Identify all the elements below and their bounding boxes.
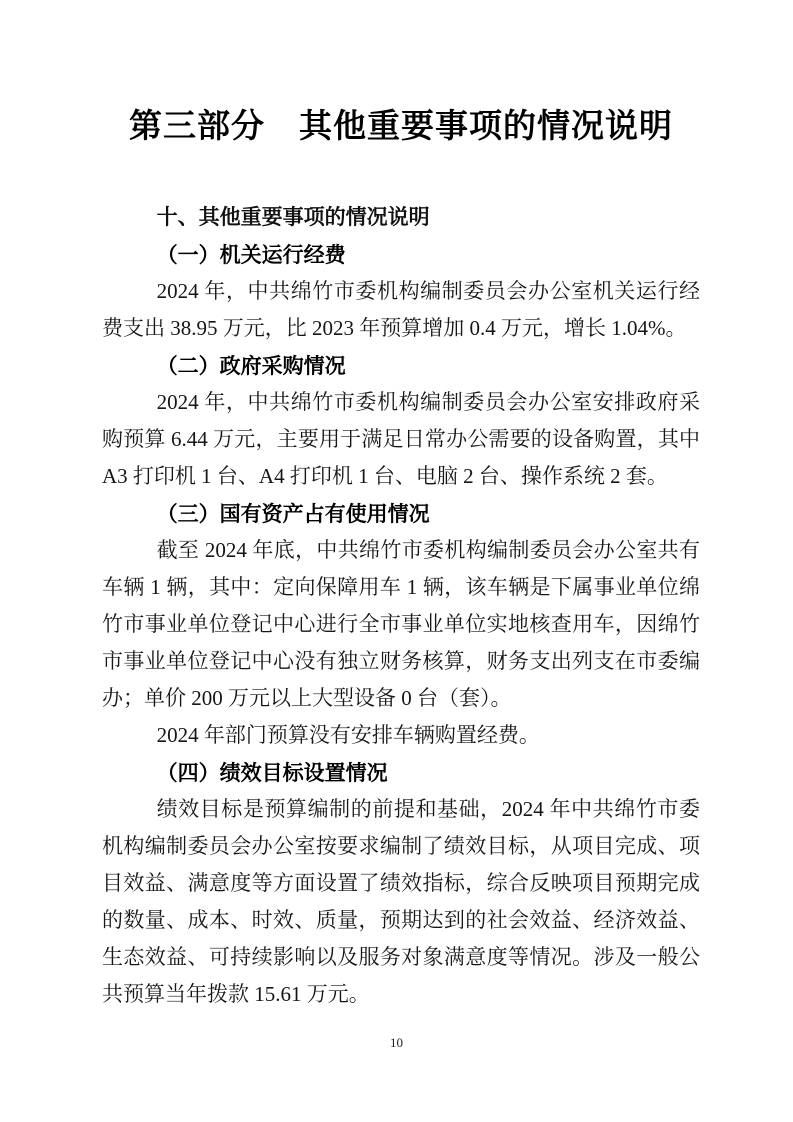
document-page: 第三部分 其他重要事项的情况说明 十、其他重要事项的情况说明 （一）机关运行经费… (0, 0, 793, 1122)
page-number: 10 (0, 1035, 793, 1051)
subsection-2-heading: （二）政府采购情况 (102, 347, 700, 384)
subsection-4-heading: （四）绩效目标设置情况 (102, 754, 700, 791)
subsection-1-paragraph: 2024 年，中共绵竹市委机构编制委员会办公室机关运行经费支出 38.95 万元… (102, 273, 700, 347)
subsection-3-paragraph-1: 截至 2024 年底，中共绵竹市委机构编制委员会办公室共有车辆 1 辆，其中：定… (102, 532, 700, 717)
subsection-4-paragraph: 绩效目标是预算编制的前提和基础，2024 年中共绵竹市委机构编制委员会办公室按要… (102, 791, 700, 1013)
subsection-2-paragraph: 2024 年，中共绵竹市委机构编制委员会办公室安排政府采购预算 6.44 万元，… (102, 384, 700, 495)
subsection-1-heading: （一）机关运行经费 (102, 236, 700, 273)
subsection-3-heading: （三）国有资产占有使用情况 (102, 495, 700, 532)
document-content: 第三部分 其他重要事项的情况说明 十、其他重要事项的情况说明 （一）机关运行经费… (0, 0, 793, 1013)
document-title: 第三部分 其他重要事项的情况说明 (102, 97, 700, 155)
section-heading: 十、其他重要事项的情况说明 (102, 199, 700, 236)
subsection-3-paragraph-2: 2024 年部门预算没有安排车辆购置经费。 (102, 717, 700, 754)
